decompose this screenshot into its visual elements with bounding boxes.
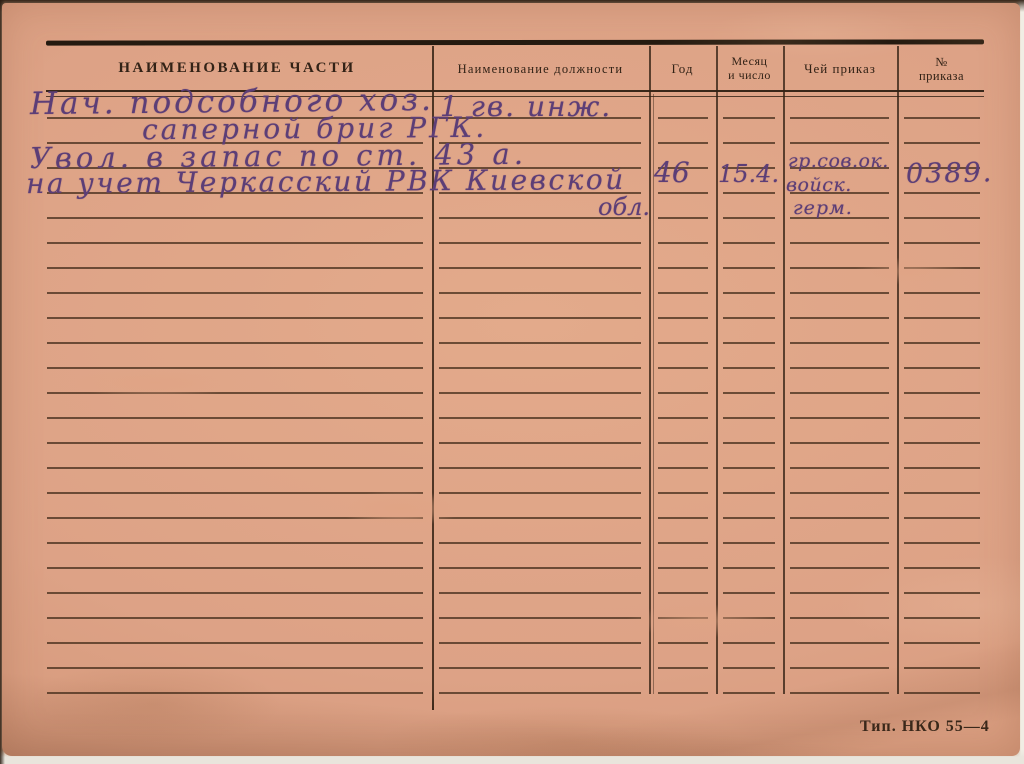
header-order-number-line2: приказа [919,69,964,83]
column-divider-5 [897,46,899,694]
header-unit-name-label: НАИМЕНОВАНИЕ ЧАСТИ [118,60,355,77]
header-position-name: Наименование должности [432,46,649,92]
handwritten-order-number: 0389. [906,157,994,190]
handwritten-whose-order-line1: гр.сов.ок. [788,150,889,172]
header-year: Год [649,46,716,92]
header-position-name-label: Наименование должности [458,62,624,76]
scanned-record-card: { "table": { "col1_header": "НАИМЕНОВАНИ… [0,0,1024,764]
column-divider-3 [716,46,718,694]
handwritten-oblast-cont: обл. [598,193,650,221]
handwritten-whose-order-line3: герм. [793,197,853,219]
header-month-day-line2: и число [728,69,771,83]
handwritten-year: 46 [654,156,690,189]
column-divider-4 [783,46,785,694]
header-order-number-line1: № [935,55,947,69]
handwritten-unit-row4: на учет Черкасский РВК Киевской [26,163,626,200]
header-year-label: Год [671,62,693,77]
table-top-border [46,39,984,45]
header-month-day: Месяц и число [716,46,783,92]
handwritten-whose-order-line2: войск. [786,174,852,196]
column-divider-2 [649,46,651,694]
header-order-number: № приказа [897,46,986,92]
header-whose-order: Чей приказ [783,46,897,92]
header-month-day-line1: Месяц [732,55,768,69]
handwritten-month-day: 15.4. [718,160,779,188]
printer-imprint: Тип. НКО 55—4 [860,718,990,736]
header-whose-order-label: Чей приказ [804,62,876,77]
